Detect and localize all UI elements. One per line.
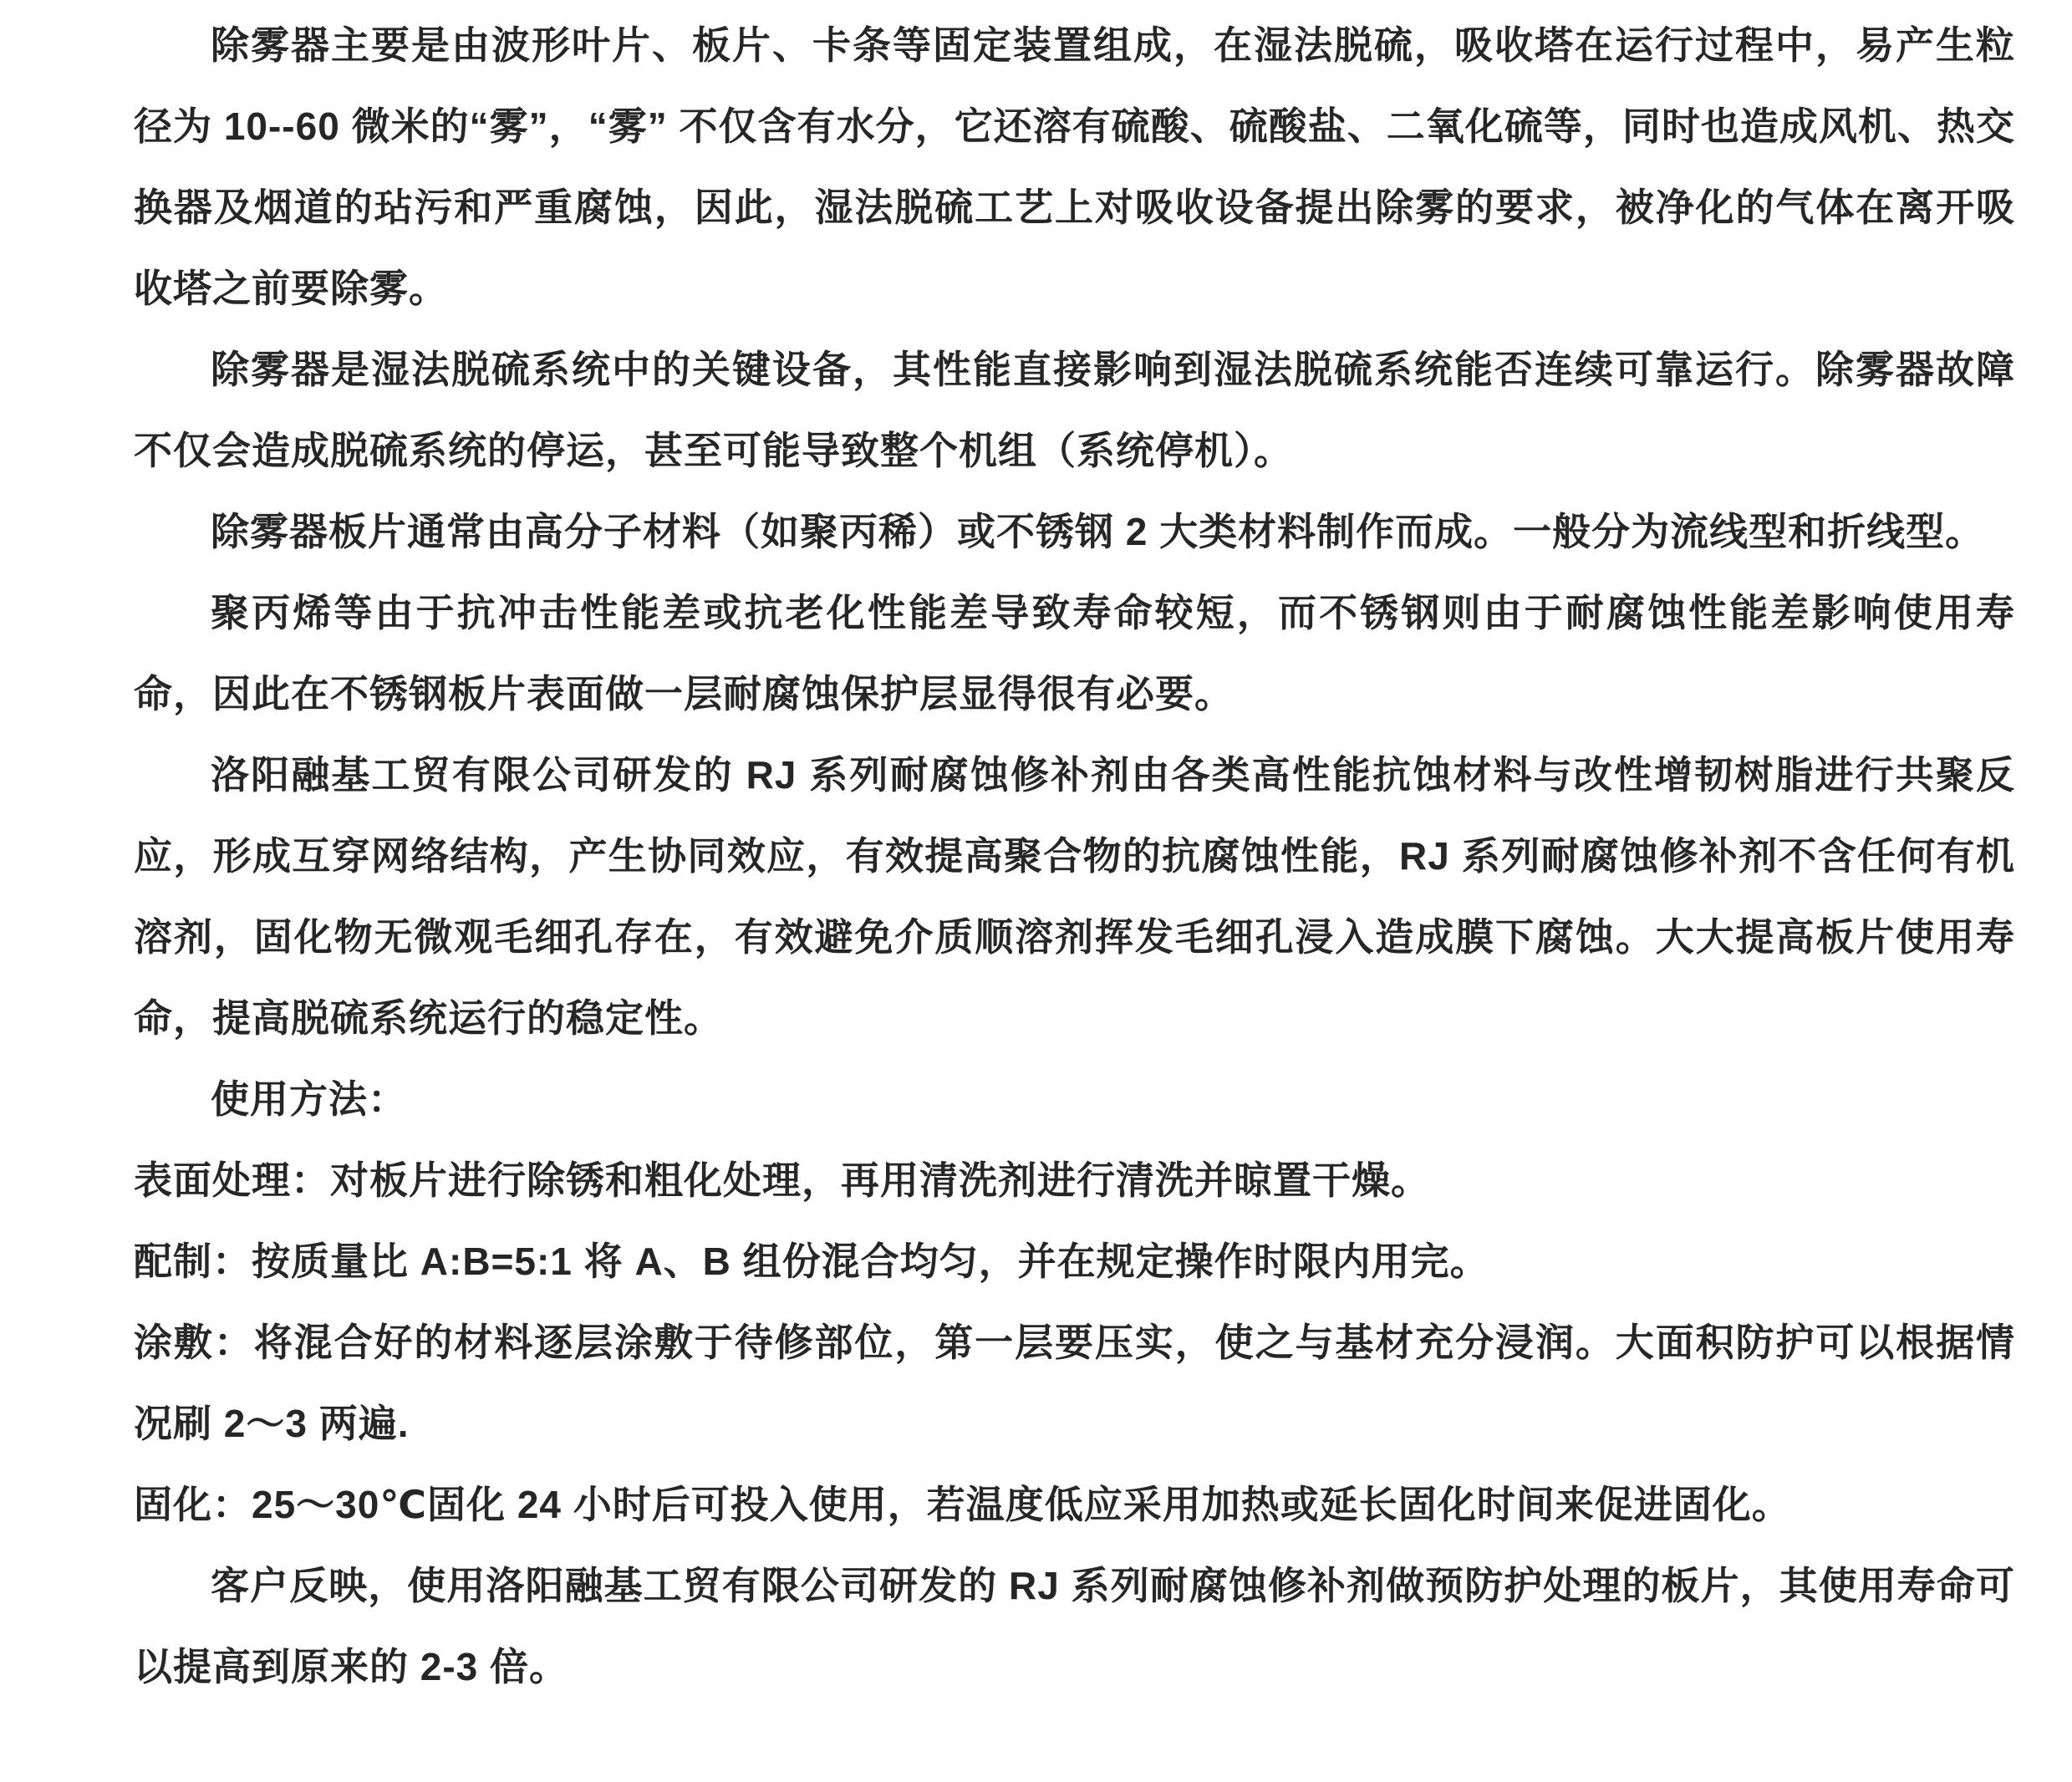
paragraph-rj-repair-agent: 洛阳融基工贸有限公司研发的 RJ 系列耐腐蚀修补剂由各类高性能抗蚀材料与改性增韧… xyxy=(134,735,2015,1059)
document-page: 除雾器主要是由波形叶片、板片、卡条等固定装置组成，在湿法脱硫，吸收塔在运行过程中… xyxy=(0,0,2072,1782)
paragraph-blade-materials: 除雾器板片通常由高分子材料（如聚丙稀）或不锈钢 2 大类材料制作而成。一般分为流… xyxy=(134,491,2015,573)
paragraph-mixing-ratio: 配制：按质量比 A:B=5:1 将 A、B 组份混合均匀，并在规定操作时限内用完… xyxy=(134,1221,2015,1302)
paragraph-customer-feedback: 客户反映，使用洛阳融基工贸有限公司研发的 RJ 系列耐腐蚀修补剂做预防护处理的板… xyxy=(134,1545,2015,1708)
paragraph-usage-heading: 使用方法： xyxy=(134,1059,2015,1140)
paragraph-demister-key-equipment: 除雾器是湿法脱硫系统中的关键设备，其性能直接影响到湿法脱硫系统能否连续可靠运行。… xyxy=(134,329,2015,491)
paragraph-application: 涂敷：将混合好的材料逐层涂敷于待修部位，第一层要压实，使之与基材充分浸润。大面积… xyxy=(134,1302,2015,1464)
paragraph-material-lifespan: 聚丙烯等由于抗冲击性能差或抗老化性能差导致寿命较短，而不锈钢则由于耐腐蚀性能差影… xyxy=(134,573,2015,735)
paragraph-curing: 固化：25～30℃固化 24 小时后可投入使用，若温度低应采用加热或延长固化时间… xyxy=(134,1464,2015,1545)
paragraph-surface-treatment: 表面处理：对板片进行除锈和粗化处理，再用清洗剂进行清洗并晾置干燥。 xyxy=(134,1140,2015,1221)
paragraph-demister-composition: 除雾器主要是由波形叶片、板片、卡条等固定装置组成，在湿法脱硫，吸收塔在运行过程中… xyxy=(134,5,2015,329)
